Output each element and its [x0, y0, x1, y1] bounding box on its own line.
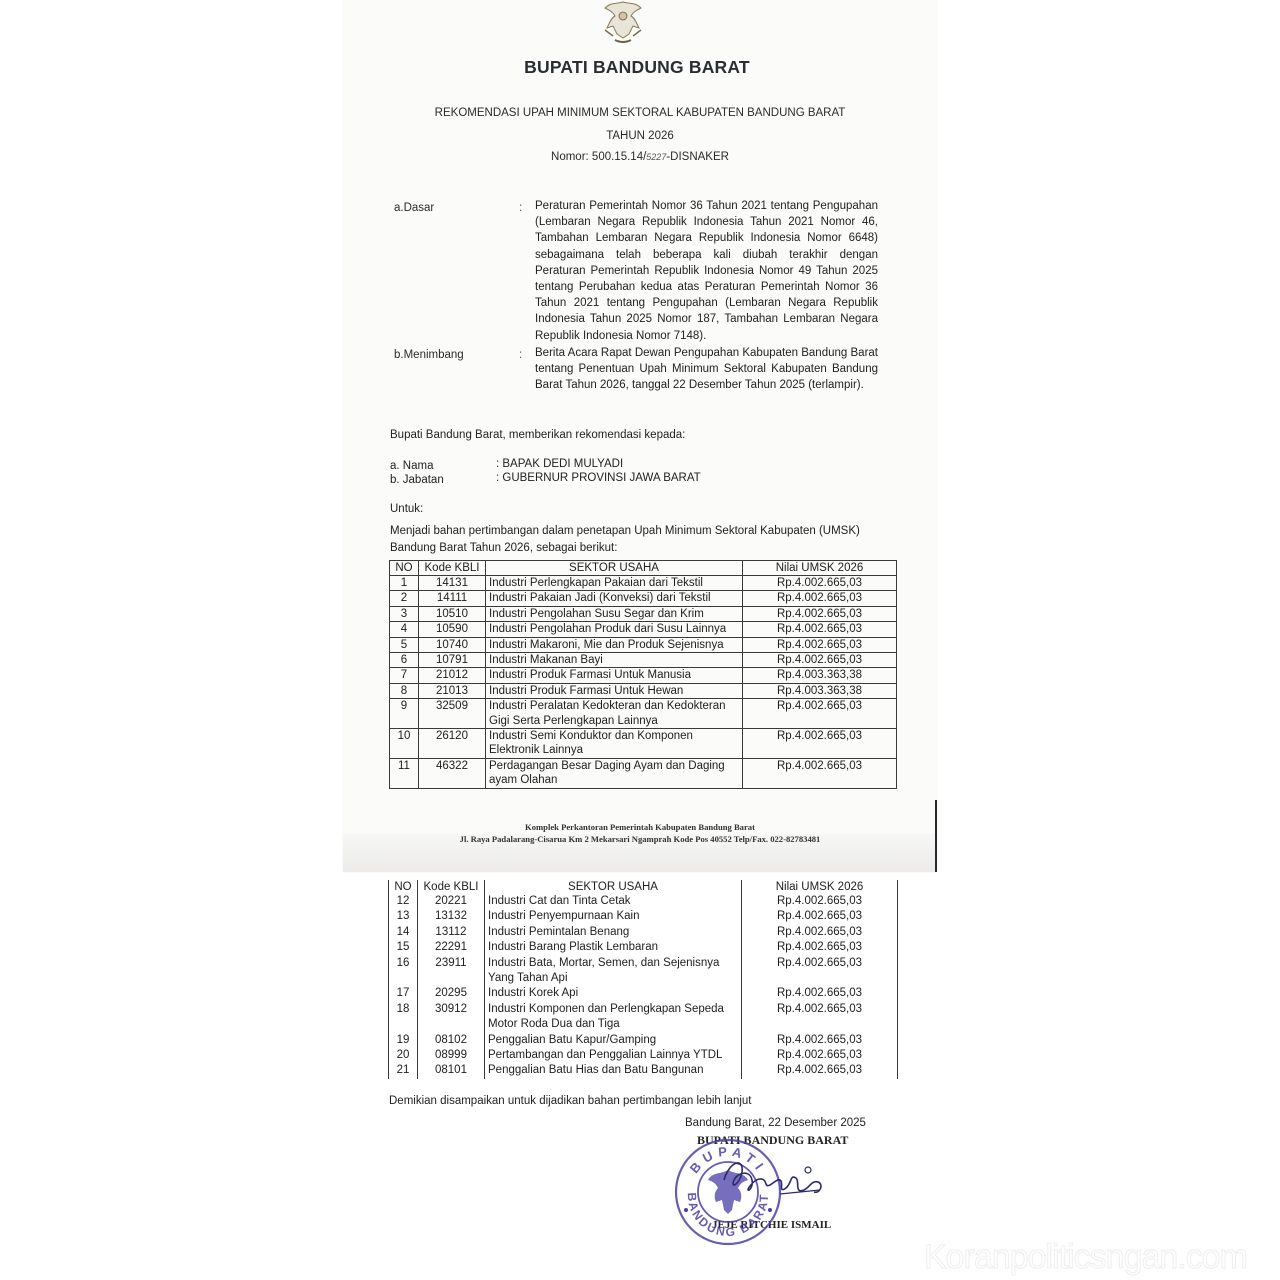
- cell-no: 21: [389, 1063, 418, 1078]
- cell-sektor-usaha: Industri Pengolahan Produk dari Susu Lai…: [486, 622, 743, 637]
- cell-kode-kbli: 13112: [418, 925, 485, 940]
- cell-no: 14: [389, 925, 418, 940]
- cell-sektor-usaha: Industri Perlengkapan Pakaian dari Tekst…: [486, 576, 743, 591]
- cell-sektor-usaha: Industri Produk Farmasi Untuk Manusia: [486, 668, 743, 683]
- cell-nilai-umsk: Rp.4.002.665,03: [742, 1002, 898, 1033]
- document-number-suffix: -DISNAKER: [666, 151, 729, 163]
- cell-sektor-usaha: Industri Cat dan Tinta Cetak: [485, 894, 742, 909]
- cell-no: 7: [390, 668, 419, 683]
- menimbang-label: b.Menimbang: [394, 349, 464, 361]
- cell-sektor-usaha: Industri Pengolahan Susu Segar dan Krim: [486, 606, 743, 621]
- cell-sektor-usaha: Industri Korek Api: [485, 986, 742, 1001]
- purpose-label: Untuk:: [390, 503, 423, 515]
- header-nilai-umsk: Nilai UMSK 2026: [743, 561, 897, 576]
- garuda-emblem-icon: [597, 0, 649, 46]
- cell-nilai-umsk: Rp.4.002.665,03: [742, 1033, 898, 1048]
- header-no: NO: [389, 880, 418, 894]
- purpose-line-2: Bandung Barat Tahun 2026, sebagai beriku…: [390, 542, 617, 554]
- cell-kode-kbli: 21012: [419, 668, 486, 683]
- table-row: 721012Industri Produk Farmasi Untuk Manu…: [390, 668, 897, 683]
- cell-nilai-umsk: Rp.4.002.665,03: [743, 622, 897, 637]
- cell-no: 16: [389, 956, 418, 987]
- signature-place-date: Bandung Barat, 22 Desember 2025: [685, 1117, 866, 1129]
- cell-nilai-umsk: Rp.4.002.665,03: [743, 758, 897, 788]
- cell-nilai-umsk: Rp.4.002.665,03: [743, 637, 897, 652]
- umsk-table-part-1: NO Kode KBLI SEKTOR USAHA Nilai UMSK 202…: [389, 560, 897, 789]
- table-row: 510740Industri Makaroni, Mie dan Produk …: [390, 637, 897, 652]
- cell-sektor-usaha: Industri Penyempurnaan Kain: [485, 909, 742, 924]
- table-row: 1413112Industri Pemintalan BenangRp.4.00…: [389, 925, 898, 940]
- cell-nilai-umsk: Rp.4.002.665,03: [742, 1048, 898, 1063]
- header-sektor-usaha: SEKTOR USAHA: [486, 561, 743, 576]
- cell-sektor-usaha: Pertambangan dan Penggalian Lainnya YTDL: [485, 1048, 742, 1063]
- cell-nilai-umsk: Rp.4.002.665,03: [742, 1063, 898, 1078]
- cell-sektor-usaha: Industri Komponen dan Perlengkapan Seped…: [485, 1002, 742, 1033]
- dasar-colon: :: [519, 202, 522, 214]
- cell-nilai-umsk: Rp.4.003.363,38: [743, 683, 897, 698]
- table-row: 1026120Industri Semi Konduktor dan Kompo…: [390, 729, 897, 759]
- cell-no: 11: [390, 758, 419, 788]
- cell-kode-kbli: 20221: [418, 894, 485, 909]
- table-row: 1830912Industri Komponen dan Perlengkapa…: [389, 1002, 898, 1033]
- table-row: 1146322Perdagangan Besar Daging Ayam dan…: [390, 758, 897, 788]
- cell-kode-kbli: 14131: [419, 576, 486, 591]
- cell-no: 4: [390, 622, 419, 637]
- cell-nilai-umsk: Rp.4.002.665,03: [743, 591, 897, 606]
- cell-kode-kbli: 13132: [418, 909, 485, 924]
- cell-no: 18: [389, 1002, 418, 1033]
- cell-nilai-umsk: Rp.4.003.363,38: [743, 668, 897, 683]
- footer-address-line-1: Komplek Perkantoran Pemerintah Kabupaten…: [343, 822, 937, 832]
- cell-nilai-umsk: Rp.4.002.665,03: [743, 699, 897, 729]
- document-year: TAHUN 2026: [0, 130, 1280, 142]
- cell-kode-kbli: 10590: [419, 622, 486, 637]
- cell-nilai-umsk: Rp.4.002.665,03: [742, 894, 898, 909]
- cell-kode-kbli: 08101: [418, 1063, 485, 1078]
- footer-address-line-2: Jl. Raya Padalarang-Cisarua Km 2 Mekarsa…: [343, 834, 937, 844]
- table-row: 1908102Penggalian Batu Kapur/GampingRp.4…: [389, 1033, 898, 1048]
- cell-no: 8: [390, 683, 419, 698]
- cell-kode-kbli: 08999: [418, 1048, 485, 1063]
- cell-nilai-umsk: Rp.4.002.665,03: [742, 956, 898, 987]
- cell-no: 20: [389, 1048, 418, 1063]
- office-heading: BUPATI BANDUNG BARAT: [0, 57, 1274, 78]
- recipient-name-value: : BAPAK DEDI MULYADI: [496, 458, 623, 470]
- cell-sektor-usaha: Industri Produk Farmasi Untuk Hewan: [486, 683, 743, 698]
- cell-kode-kbli: 22291: [418, 940, 485, 955]
- table-row: 1522291Industri Barang Plastik LembaranR…: [389, 940, 898, 955]
- cell-kode-kbli: 20295: [418, 986, 485, 1001]
- table-header-row: NO Kode KBLI SEKTOR USAHA Nilai UMSK 202…: [390, 561, 897, 576]
- cell-nilai-umsk: Rp.4.002.665,03: [742, 986, 898, 1001]
- purpose-line-1: Menjadi bahan pertimbangan dalam penetap…: [390, 525, 860, 537]
- cell-nilai-umsk: Rp.4.002.665,03: [743, 576, 897, 591]
- table-row: 932509Industri Peralatan Kedokteran dan …: [390, 699, 897, 729]
- cell-no: 6: [390, 653, 419, 668]
- cell-no: 17: [389, 986, 418, 1001]
- recipient-position-label: b. Jabatan: [390, 474, 444, 486]
- cell-no: 3: [390, 606, 419, 621]
- cell-kode-kbli: 10510: [419, 606, 486, 621]
- dasar-text: Peraturan Pemerintah Nomor 36 Tahun 2021…: [535, 198, 878, 344]
- cell-sektor-usaha: Industri Makaroni, Mie dan Produk Sejeni…: [486, 637, 743, 652]
- cell-sektor-usaha: Industri Barang Plastik Lembaran: [485, 940, 742, 955]
- cell-no: 5: [390, 637, 419, 652]
- cell-no: 1: [390, 576, 419, 591]
- header-kode-kbli: Kode KBLI: [418, 880, 485, 894]
- cell-no: 15: [389, 940, 418, 955]
- cell-no: 19: [389, 1033, 418, 1048]
- document-number: Nomor: 500.15.14/5227-DISNAKER: [0, 151, 1280, 163]
- document-title: REKOMENDASI UPAH MINIMUM SEKTORAL KABUPA…: [0, 107, 1280, 119]
- cell-no: 10: [390, 729, 419, 759]
- cell-no: 2: [390, 591, 419, 606]
- cell-nilai-umsk: Rp.4.002.665,03: [742, 925, 898, 940]
- cell-sektor-usaha: Perdagangan Besar Daging Ayam dan Daging…: [486, 758, 743, 788]
- header-sektor-usaha: SEKTOR USAHA: [485, 880, 742, 894]
- cell-no: 9: [390, 699, 419, 729]
- cell-kode-kbli: 32509: [419, 699, 486, 729]
- cell-no: 12: [389, 894, 418, 909]
- header-nilai-umsk: Nilai UMSK 2026: [742, 880, 898, 894]
- cell-kode-kbli: 08102: [418, 1033, 485, 1048]
- header-no: NO: [390, 561, 419, 576]
- cell-sektor-usaha: Industri Pakaian Jadi (Konveksi) dari Te…: [486, 591, 743, 606]
- table-row: 821013Industri Produk Farmasi Untuk Hewa…: [390, 683, 897, 698]
- recipient-name-label: a. Nama: [390, 460, 433, 472]
- cell-nilai-umsk: Rp.4.002.665,03: [742, 909, 898, 924]
- table-row: 2008999Pertambangan dan Penggalian Lainn…: [389, 1048, 898, 1063]
- table-row: 1720295Industri Korek ApiRp.4.002.665,03: [389, 986, 898, 1001]
- closing-statement: Demikian disampaikan untuk dijadikan bah…: [389, 1095, 751, 1107]
- menimbang-colon: :: [519, 349, 522, 361]
- recipient-position-value: : GUBERNUR PROVINSI JAWA BARAT: [496, 472, 701, 484]
- umsk-table-part-2: NO Kode KBLI SEKTOR USAHA Nilai UMSK 202…: [388, 880, 898, 1079]
- cell-kode-kbli: 10740: [419, 637, 486, 652]
- cell-sektor-usaha: Industri Semi Konduktor dan Komponen Ele…: [486, 729, 743, 759]
- table-row: 410590Industri Pengolahan Produk dari Su…: [390, 622, 897, 637]
- table-header-row: NO Kode KBLI SEKTOR USAHA Nilai UMSK 202…: [389, 880, 898, 894]
- cell-kode-kbli: 30912: [418, 1002, 485, 1033]
- table-row: 114131Industri Perlengkapan Pakaian dari…: [390, 576, 897, 591]
- cell-sektor-usaha: Industri Bata, Mortar, Semen, dan Sejeni…: [485, 956, 742, 987]
- cell-nilai-umsk: Rp.4.002.665,03: [743, 606, 897, 621]
- table-row: 2108101Penggalian Batu Hias dan Batu Ban…: [389, 1063, 898, 1078]
- cell-kode-kbli: 10791: [419, 653, 486, 668]
- cell-kode-kbli: 26120: [419, 729, 486, 759]
- table-row: 1220221Industri Cat dan Tinta CetakRp.4.…: [389, 894, 898, 909]
- table-row: 1623911Industri Bata, Mortar, Semen, dan…: [389, 956, 898, 987]
- header-kode-kbli: Kode KBLI: [419, 561, 486, 576]
- table-row: 214111Industri Pakaian Jadi (Konveksi) d…: [390, 591, 897, 606]
- cell-kode-kbli: 46322: [419, 758, 486, 788]
- cell-nilai-umsk: Rp.4.002.665,03: [743, 653, 897, 668]
- cell-kode-kbli: 14111: [419, 591, 486, 606]
- cell-sektor-usaha: Industri Makanan Bayi: [486, 653, 743, 668]
- document-number-handwritten: 5227: [646, 152, 666, 162]
- dasar-label: a.Dasar: [394, 202, 434, 214]
- recommendation-intro: Bupati Bandung Barat, memberikan rekomen…: [390, 429, 685, 441]
- document-number-prefix: Nomor: 500.15.14/: [551, 151, 646, 163]
- cell-sektor-usaha: Penggalian Batu Hias dan Batu Bangunan: [485, 1063, 742, 1078]
- cell-nilai-umsk: Rp.4.002.665,03: [743, 729, 897, 759]
- cell-sektor-usaha: Industri Pemintalan Benang: [485, 925, 742, 940]
- cell-nilai-umsk: Rp.4.002.665,03: [742, 940, 898, 955]
- menimbang-text: Berita Acara Rapat Dewan Pengupahan Kabu…: [535, 345, 878, 394]
- cell-kode-kbli: 23911: [418, 956, 485, 987]
- table-row: 610791Industri Makanan BayiRp.4.002.665,…: [390, 653, 897, 668]
- cell-sektor-usaha: Penggalian Batu Kapur/Gamping: [485, 1033, 742, 1048]
- table-row: 310510Industri Pengolahan Susu Segar dan…: [390, 606, 897, 621]
- cell-no: 13: [389, 909, 418, 924]
- cell-sektor-usaha: Industri Peralatan Kedokteran dan Kedokt…: [486, 699, 743, 729]
- cell-kode-kbli: 21013: [419, 683, 486, 698]
- handwritten-signature-icon: [720, 1150, 830, 1210]
- table-row: 1313132Industri Penyempurnaan KainRp.4.0…: [389, 909, 898, 924]
- site-watermark: Koranpoliticsngan.com: [924, 1238, 1247, 1277]
